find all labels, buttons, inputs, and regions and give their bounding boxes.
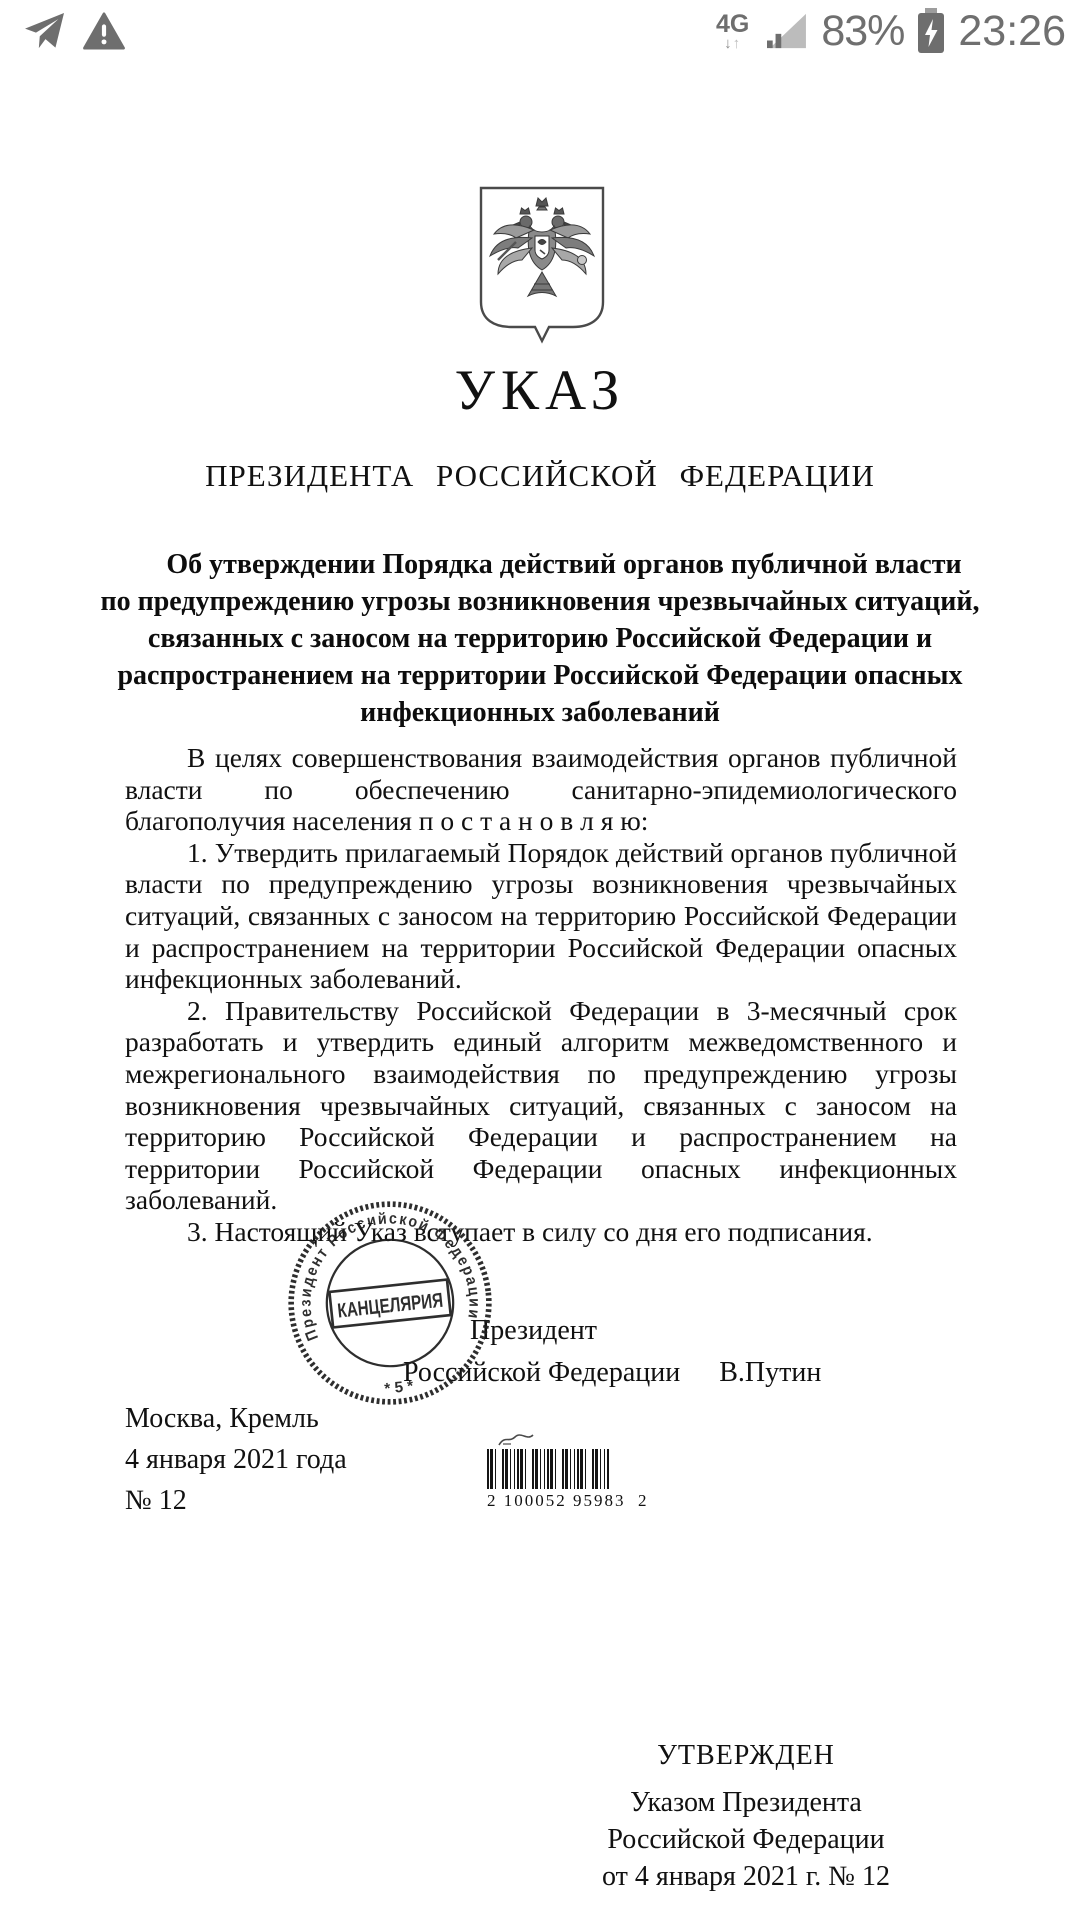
body-paragraph: В целях совершенствования взаимодействия…: [125, 742, 957, 837]
clock-label: 23:26: [958, 7, 1066, 56]
issue-number: № 12: [125, 1480, 347, 1521]
download-arrow-icon: ↓: [724, 35, 733, 52]
telegram-icon: [24, 12, 66, 50]
status-bar: 4G ↓↑ 83% 23:26: [0, 0, 1080, 62]
subject-line: инфекционных заболеваний: [70, 694, 1010, 731]
battery-percent-label: 83%: [821, 7, 904, 56]
issuer-title: ПРЕЗИДЕНТА РОССИЙСКОЙ ФЕДЕРАЦИИ: [0, 458, 1080, 494]
document-type-title: УКАЗ: [0, 358, 1080, 423]
document-body: В целях совершенствования взаимодействия…: [125, 742, 957, 1248]
network-type-indicator: 4G ↓↑: [716, 12, 749, 51]
barcode-digits: 2 100052 95983 2: [487, 1491, 627, 1511]
barcode-mark-icon: [497, 1432, 537, 1448]
body-paragraph: 3. Настоящий Указ вступает в силу со дня…: [125, 1216, 957, 1248]
signature-name: В.Путин: [719, 1357, 821, 1389]
body-paragraph: 1. Утвердить прилагаемый Порядок действи…: [125, 837, 957, 995]
battery-charging-icon: [916, 8, 946, 54]
chancellery-stamp: Президент Российской Федерации * 5 * КАН…: [272, 1185, 507, 1420]
approval-status: УТВЕРЖДЕН: [562, 1740, 930, 1772]
stamp-bottom-text: * 5 *: [384, 1378, 415, 1398]
issue-date: 4 января 2021 года: [125, 1439, 347, 1480]
subject-line: Об утверждении Порядка действий органов …: [70, 546, 1010, 583]
subject-line: связанных с заносом на территорию Россий…: [70, 620, 1010, 657]
approval-line: Российской Федерации: [562, 1821, 930, 1858]
registration-barcode: 2 100052 95983 2: [487, 1432, 627, 1511]
document-subject: Об утверждении Порядка действий органов …: [70, 546, 1010, 731]
phone-screen: 4G ↓↑ 83% 23:26: [0, 0, 1080, 1920]
body-paragraph: 2. Правительству Российской Федерации в …: [125, 995, 957, 1216]
network-type-label: 4G: [716, 12, 749, 37]
approval-block: УТВЕРЖДЕН Указом Президента Российской Ф…: [562, 1740, 930, 1895]
subject-line: распространением на территории Российско…: [70, 657, 1010, 694]
russia-coat-of-arms-icon: [476, 184, 608, 344]
upload-arrow-icon: ↑: [733, 35, 742, 52]
approval-line: Указом Президента: [562, 1784, 930, 1821]
approval-line: от 4 января 2021 г. № 12: [562, 1858, 930, 1895]
subject-line: по предупреждению угрозы возникновения ч…: [70, 583, 1010, 620]
barcode-bars: [487, 1449, 609, 1489]
signal-strength-icon: [763, 12, 809, 50]
warning-icon: [82, 12, 126, 50]
